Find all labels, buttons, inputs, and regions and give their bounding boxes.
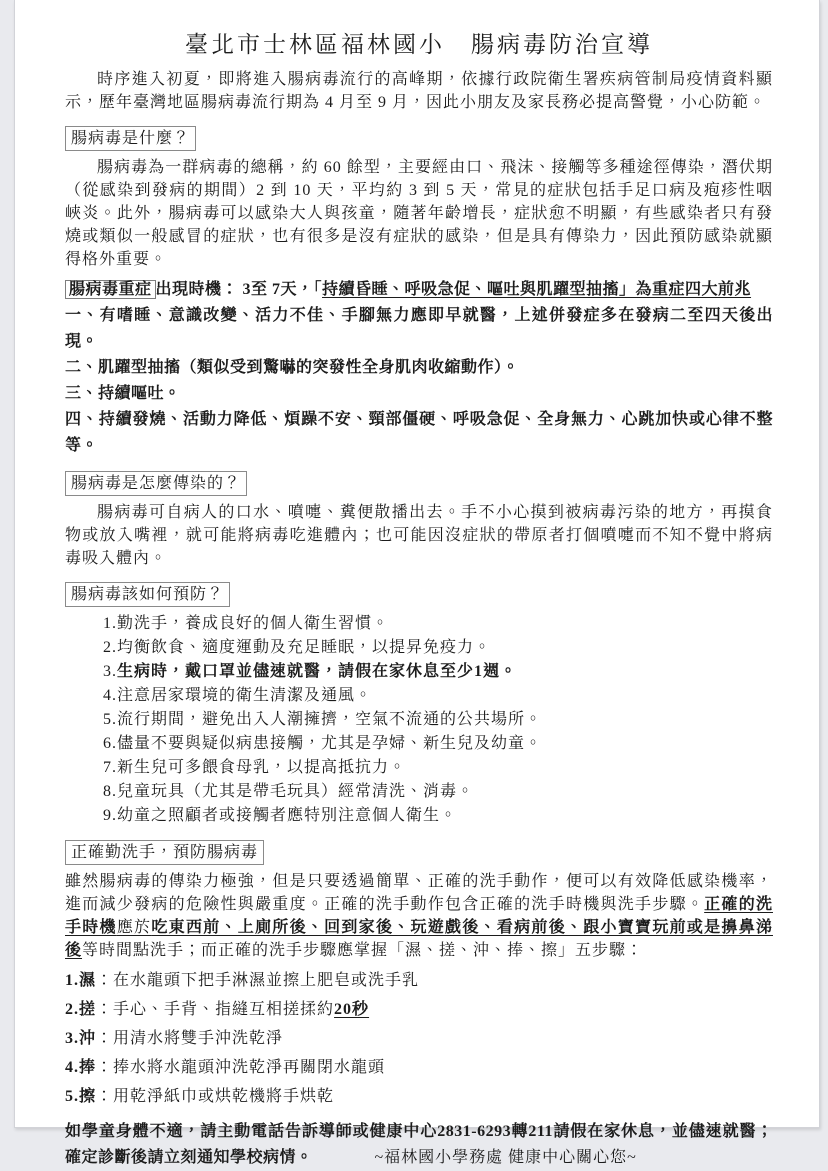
prevention-item-4: 4.注意居家環境的衛生清潔及通風。 [65, 684, 773, 708]
document-title: 臺北市士林區福林國小 腸病毒防治宣導 [65, 30, 773, 60]
step-label: 2.搓 [65, 1001, 96, 1018]
step-label: 3.沖 [65, 1030, 96, 1047]
item-text: 生病時，戴口罩並儘速就醫，請假在家休息至少1週。 [117, 663, 517, 680]
step-separator: ： [96, 1001, 113, 1018]
handwashing-timing-link: 應於 [117, 919, 152, 936]
handwashing-steps: 1.濕：在水龍頭下把手淋濕並擦上肥皂或洗手乳 2.搓：手心、手背、指縫互相搓揉約… [65, 966, 773, 1111]
item-text: 均衡飲食、適度運動及充足睡眠，以提昇免疫力。 [117, 639, 491, 656]
wash-step-2: 2.搓：手心、手背、指縫互相搓揉約20秒 [65, 995, 773, 1024]
item-text: 勤洗手，養成良好的個人衛生習慣。 [117, 615, 389, 632]
step-label: 1.濕 [65, 972, 96, 989]
severe-symptom-line-1: 一、有嗜睡、意識改變、活力不佳、手腳無力應即早就醫，上述併發症多在發病二至四天後… [65, 303, 773, 355]
handwashing-text-end: 等時間點洗手；而正確的洗手步驟應掌握「濕、搓、沖、捧、擦」五步驟： [82, 942, 643, 959]
item-text: 注意居家環境的衛生清潔及通風。 [117, 687, 372, 704]
prevention-item-7: 7.新生兒可多餵食母乳，以提高抵抗力。 [65, 756, 773, 780]
item-number: 5. [103, 711, 117, 728]
severe-lead-line: 腸病毒重症出現時機： 3至 7天，「持續昏睡、呼吸急促、嘔吐與肌躍型抽搐」為重症… [65, 277, 773, 303]
severe-lead-underlined: 持續昏睡、呼吸急促、嘔吐與肌躍型抽搐」為重症四大前兆 [322, 281, 751, 298]
wash-step-3: 3.沖：用清水將雙手沖洗乾淨 [65, 1024, 773, 1053]
what-is-paragraph: 腸病毒為一群病毒的總稱，約 60 餘型，主要經由口、飛沫、接觸等多種途徑傳染，潛… [65, 156, 773, 271]
severe-boxed-term: 腸病毒重症 [65, 280, 156, 299]
item-text: 儘量不要與疑似病患接觸，尤其是孕婦、新生兒及幼童。 [117, 735, 542, 752]
item-number: 2. [103, 639, 117, 656]
item-text: 新生兒可多餵食母乳，以提高抵抗力。 [117, 759, 406, 776]
step-text: 捧水將水龍頭沖洗乾淨再關閉水龍頭 [113, 1059, 385, 1076]
handwashing-text: 雖然腸病毒的傳染力極強，但是只要透過簡單、正確的洗手動作，便可以有效降低感染機率… [65, 873, 773, 913]
footer-notice-text: 如學童身體不適，請主動電話告訴導師或健康中心2831-6293轉211請假在家休… [65, 1123, 773, 1150]
prevention-item-3: 3.生病時，戴口罩並儘速就醫，請假在家休息至少1週。 [65, 660, 773, 684]
step-text: 用清水將雙手沖洗乾淨 [113, 1030, 283, 1047]
section-heading-prevention: 腸病毒該如何預防？ [65, 582, 773, 607]
prevention-item-9: 9.幼童之照顧者或接觸者應特別注意個人衛生。 [65, 804, 773, 828]
prevention-item-2: 2.均衡飲食、適度運動及充足睡眠，以提昇免疫力。 [65, 636, 773, 660]
item-number: 9. [103, 807, 117, 824]
heading-box-what-is: 腸病毒是什麼？ [65, 126, 196, 151]
item-number: 4. [103, 687, 117, 704]
step-text: 用乾淨紙巾或烘乾機將手烘乾 [113, 1088, 334, 1105]
prevention-item-1: 1.勤洗手，養成良好的個人衛生習慣。 [65, 612, 773, 636]
document-page: 臺北市士林區福林國小 腸病毒防治宣導 時序進入初夏，即將進入腸病毒流行的高峰期，… [14, 0, 820, 1128]
step-separator: ： [96, 972, 113, 989]
item-number: 6. [103, 735, 117, 752]
section-heading-handwashing: 正確勤洗手，預防腸病毒 [65, 840, 773, 865]
heading-box-transmission: 腸病毒是怎麼傳染的？ [65, 471, 247, 496]
step-text: 手心、手背、指縫互相搓揉約 [113, 1001, 334, 1018]
wash-step-4: 4.捧：捧水將水龍頭沖洗乾淨再關閉水龍頭 [65, 1053, 773, 1082]
step-separator: ： [96, 1059, 113, 1076]
section-heading-what-is: 腸病毒是什麼？ [65, 126, 773, 151]
item-number: 8. [103, 783, 117, 800]
prevention-item-5: 5.流行期間，避免出入人潮擁擠，空氣不流通的公共場所。 [65, 708, 773, 732]
severe-symptom-line-3: 三、持續嘔吐。 [65, 381, 773, 407]
item-text: 幼童之照顧者或接觸者應特別注意個人衛生。 [117, 807, 457, 824]
step-label: 5.擦 [65, 1088, 96, 1105]
wash-step-5: 5.擦：用乾淨紙巾或烘乾機將手烘乾 [65, 1082, 773, 1111]
transmission-paragraph: 腸病毒可自病人的口水、噴嚏、糞便散播出去。手不小心摸到被病毒污染的地方，再摸食物… [65, 501, 773, 570]
step-separator: ： [96, 1030, 113, 1047]
item-text: 兒童玩具（尤其是帶毛玩具）經常清洗、消毒。 [117, 783, 474, 800]
item-number: 7. [103, 759, 117, 776]
item-text: 流行期間，避免出入人潮擁擠，空氣不流通的公共場所。 [117, 711, 542, 728]
severe-symptom-line-4: 四、持續發燒、活動力降低、煩躁不安、頸部僵硬、呼吸急促、全身無力、心跳加快或心律… [65, 407, 773, 459]
footer-notice: 如學童身體不適，請主動電話告訴導師或健康中心2831-6293轉211請假在家休… [65, 1119, 773, 1150]
step-separator: ： [96, 1088, 113, 1105]
handwashing-paragraph: 雖然腸病毒的傳染力極強，但是只要透過簡單、正確的洗手動作，便可以有效降低感染機率… [65, 870, 773, 962]
step-emphasis: 20秒 [334, 1001, 369, 1018]
severe-lead-text: 出現時機： 3至 7天，「 [156, 281, 323, 298]
item-number: 3. [103, 663, 117, 680]
wash-step-1: 1.濕：在水龍頭下把手淋濕並擦上肥皂或洗手乳 [65, 966, 773, 995]
step-text: 在水龍頭下把手淋濕並擦上肥皂或洗手乳 [113, 972, 419, 989]
item-number: 1. [103, 615, 117, 632]
section-heading-transmission: 腸病毒是怎麼傳染的？ [65, 471, 773, 496]
heading-box-prevention: 腸病毒該如何預防？ [65, 582, 230, 607]
severe-symptom-line-2: 二、肌躍型抽搐（類似受到驚嚇的突發性全身肌肉收縮動作）。 [65, 355, 773, 381]
step-label: 4.捧 [65, 1059, 96, 1076]
prevention-item-8: 8.兒童玩具（尤其是帶毛玩具）經常清洗、消毒。 [65, 780, 773, 804]
prevention-item-6: 6.儘量不要與疑似病患接觸，尤其是孕婦、新生兒及幼童。 [65, 732, 773, 756]
intro-paragraph: 時序進入初夏，即將進入腸病毒流行的高峰期，依據行政院衛生署疾病管制局疫情資料顯示… [65, 68, 773, 114]
heading-box-handwashing: 正確勤洗手，預防腸病毒 [65, 840, 264, 865]
prevention-list: 1.勤洗手，養成良好的個人衛生習慣。 2.均衡飲食、適度運動及充足睡眠，以提昇免… [65, 612, 773, 828]
